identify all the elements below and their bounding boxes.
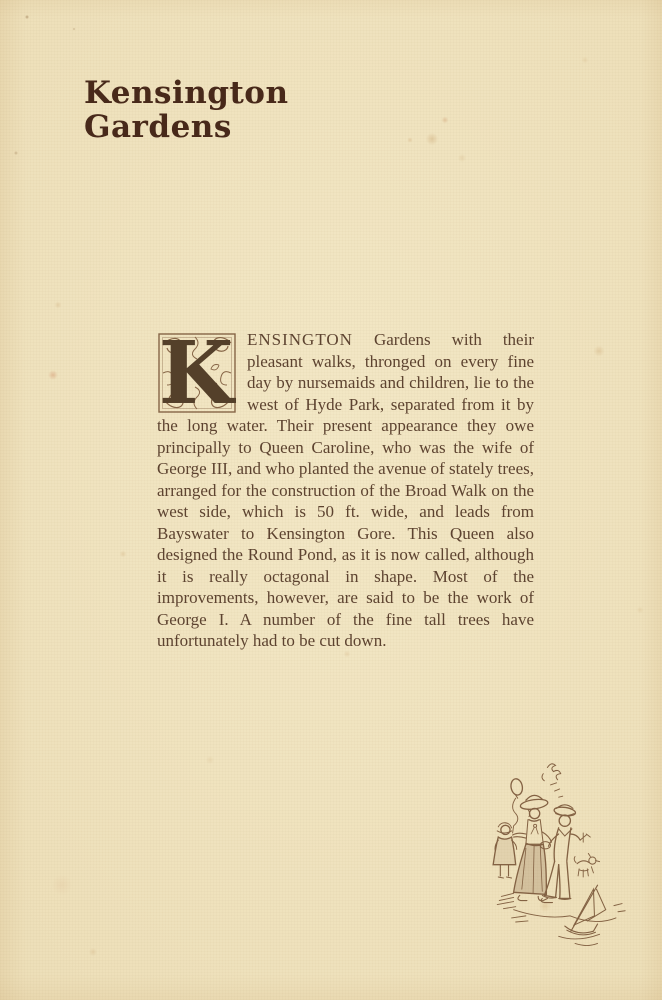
dropcap-letter: K — [159, 331, 237, 415]
body-paragraph: K ENSINGTON Gardens with their pleasant … — [157, 329, 534, 652]
page-title-line1: Kensington — [84, 75, 289, 111]
page-title: Kensington Gardens — [84, 76, 289, 144]
dropcap-ornament-icon: K — [157, 331, 237, 415]
balloon-children-sailboat-sketch-icon — [452, 746, 652, 966]
paragraph-lead-caps: ENSINGTON — [247, 330, 353, 349]
children-illustration — [452, 746, 652, 966]
page-title-line2: Gardens — [84, 109, 232, 145]
body-text-block: K ENSINGTON Gardens with their pleasant … — [157, 329, 534, 652]
book-page: Kensington Gardens — [0, 0, 662, 1000]
dropcap-initial: K — [157, 331, 237, 415]
